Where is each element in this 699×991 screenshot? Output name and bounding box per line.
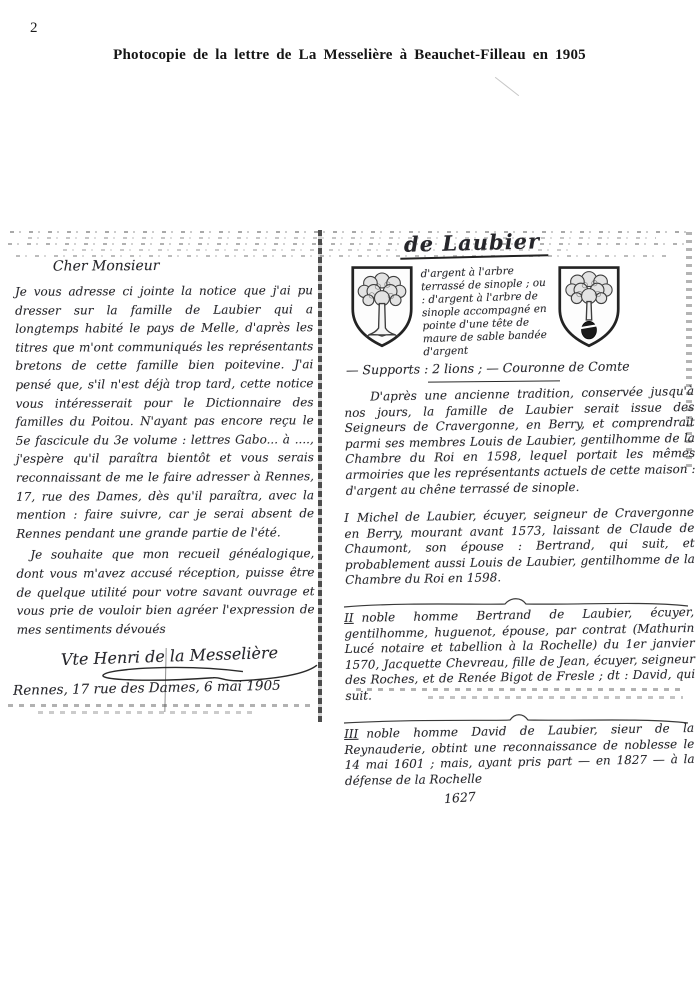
section-number: II [344,611,362,625]
blazon-text: d'argent à l'arbre terrassé de sinople ;… [420,264,551,360]
genealogy-section-3: IIInoble homme David de Laubier, sieur d… [344,721,695,789]
section-text: noble homme David de Laubier, sieur de l… [344,721,694,788]
letter-body-paragraph-2: Je souhaite que mon recueil généalogique… [16,545,314,640]
coat-of-arms-row: d'argent à l'arbre terrassé de sinople ;… [348,264,696,357]
notice-heading: de Laubier [400,228,549,260]
page-number: 2 [30,20,38,37]
photocopy-noise-strip [428,696,683,699]
correction-year: 1627 [444,789,477,806]
letter-dateline: Rennes, 17 rue des Dames, 6 mai 1905 [13,677,313,699]
photocopy-noise-strip [356,688,686,691]
book-spine-line [318,230,322,722]
section-number: I [344,511,357,525]
notice-right-page: de Laubier d'a [342,230,696,726]
photocopy-noise-strip [8,704,316,707]
oak-tree-shield-icon [348,264,416,350]
section-text: Michel de Laubier, écuyer, seigneur de C… [344,505,695,587]
letter-scan-image: Cher Monsieur Je vous adresse ci jointe … [8,230,696,726]
section-number: III [344,726,366,740]
genealogy-section-1: IMichel de Laubier, écuyer, seigneur de … [344,505,695,589]
oak-tree-moor-head-shield-icon [555,264,623,350]
page-title: Photocopie de la lettre de La Messelière… [0,47,699,64]
supports-line: — Supports : 2 lions ; — Couronne de Com… [346,358,696,378]
photocopy-scratch-mark [495,77,519,96]
divider-rule [428,381,560,383]
letter-salutation: Cher Monsieur [53,257,315,274]
photocopy-noise-strip [38,711,258,714]
letter-left-page: Cher Monsieur Je vous adresse ci jointe … [11,251,317,723]
notice-intro-paragraph: D'après une ancienne tradition, conservé… [344,384,696,499]
letter-body-paragraph-1: Je vous adresse ci jointe la notice que … [15,281,314,543]
